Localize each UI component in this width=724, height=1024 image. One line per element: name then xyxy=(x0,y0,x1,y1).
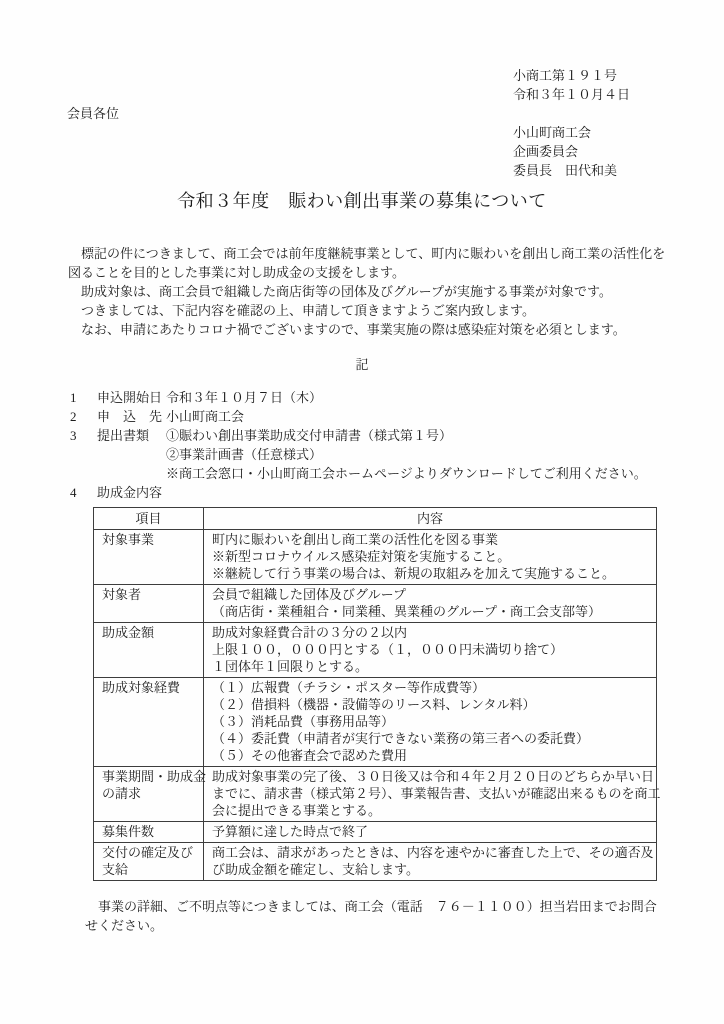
content-line: 上限１００，０００円とする（１，０００円未満切り捨て） xyxy=(212,641,654,658)
document-page: 小商工第１９１号 令和３年１０月４日 会員各位 小山町商工会 企画委員会 委員長… xyxy=(0,0,724,1024)
numbered-list: 1 申込開始日 令和３年１０月７日（木） 2 申 込 先 小山町商工会 3 提出… xyxy=(0,388,724,502)
item-line: 交付の確定及び xyxy=(102,844,201,861)
content-cell: 商工会は、請求があったときは、内容を速やかに審査した上で、その適否及 び助成金額… xyxy=(204,843,657,881)
content-line: （１）広報費（チラシ・ポスター等作成費等） xyxy=(212,679,654,696)
body-line: 標記の件につきまして、商工会では前年度継続事業として、町内に賑わいを創出し商工業… xyxy=(68,244,724,263)
list-item-value-line: 令和３年１０月７日（木） xyxy=(166,388,724,407)
sender-dept: 企画委員会 xyxy=(513,142,724,161)
list-item-value xyxy=(166,483,724,502)
list-item-value: 小山町商工会 xyxy=(166,407,724,426)
content-line: 会員で組織した団体及びグループ xyxy=(212,586,654,603)
sender-person: 委員長 田代和美 xyxy=(513,161,724,180)
closing-line: せください。 xyxy=(85,916,724,935)
list-item: 4 助成金内容 xyxy=(70,483,724,502)
body-paragraph: 標記の件につきまして、商工会では前年度継続事業として、町内に賑わいを創出し商工業… xyxy=(68,244,724,339)
item-line: の請求 xyxy=(102,785,201,802)
item-cell: 対象事業 xyxy=(94,530,204,585)
list-item-label: 助成金内容 xyxy=(97,483,166,502)
page-title: 令和３年度 賑わい創出事業の募集について xyxy=(0,188,724,214)
item-cell: 事業期間・助成金 の請求 xyxy=(94,767,204,822)
table-row: 対象事業 町内に賑わいを創出し商工業の活性化を図る事業 ※新型コロナウイルス感染… xyxy=(94,530,657,585)
content-line: 商工会は、請求があったときは、内容を速やかに審査した上で、その適否及 xyxy=(212,844,654,861)
content-line: （３）消耗品費（事務用品等） xyxy=(212,713,654,730)
table-row: 募集件数 予算額に達した時点で終了 xyxy=(94,822,657,843)
table-header-content: 内容 xyxy=(204,508,657,530)
recipient: 会員各位 xyxy=(67,104,724,123)
item-cell: 募集件数 xyxy=(94,822,204,843)
content-line: （５）その他審査会で認めた費用 xyxy=(212,747,654,764)
list-item: 1 申込開始日 令和３年１０月７日（木） xyxy=(70,388,724,407)
list-item-number: 2 xyxy=(70,407,97,426)
list-item: 2 申 込 先 小山町商工会 xyxy=(70,407,724,426)
doc-date: 令和３年１０月４日 xyxy=(513,85,724,104)
content-line: 助成対象事業の完了後、３０日後又は令和４年２月２０日のどちらか早い日 xyxy=(212,768,654,785)
record-mark: 記 xyxy=(0,355,724,374)
list-item-value-line: ②事業計画書（任意様式） xyxy=(166,445,724,464)
content-line: ※新型コロナウイルス感染症対策を実施すること。 xyxy=(212,548,654,565)
content-line: 町内に賑わいを創出し商工業の活性化を図る事業 xyxy=(212,531,654,548)
item-cell: 交付の確定及び 支給 xyxy=(94,843,204,881)
list-item-value-line: ①賑わい創出事業助成交付申請書（様式第１号） xyxy=(166,426,724,445)
content-cell: 助成対象経費合計の３分の２以内 上限１００，０００円とする（１，０００円未満切り… xyxy=(204,623,657,678)
item-cell: 助成対象経費 xyxy=(94,678,204,767)
doc-number: 小商工第１９１号 xyxy=(513,66,724,85)
item-line: 助成金額 xyxy=(102,624,201,641)
content-line: 助成対象経費合計の３分の２以内 xyxy=(212,624,654,641)
list-item-value: 令和３年１０月７日（木） xyxy=(166,388,724,407)
item-line: 事業期間・助成金 xyxy=(102,768,201,785)
list-item-number: 4 xyxy=(70,483,97,502)
table-row: 交付の確定及び 支給 商工会は、請求があったときは、内容を速やかに審査した上で、… xyxy=(94,843,657,881)
item-line: 支給 xyxy=(102,861,201,878)
content-cell: 予算額に達した時点で終了 xyxy=(204,822,657,843)
list-item-value-line: ※商工会窓口・小山町商工会ホームページよりダウンロードしてご利用ください。 xyxy=(166,464,724,483)
list-item-number: 1 xyxy=(70,388,97,407)
table-header-item: 項目 xyxy=(94,508,204,530)
body-line: なお、申請にあたりコロナ禍でございますので、事業実施の際は感染症対策を必須としま… xyxy=(68,320,724,339)
content-cell: （１）広報費（チラシ・ポスター等作成費等） （２）借損料（機器・設備等のリース料… xyxy=(204,678,657,767)
content-line: （２）借損料（機器・設備等のリース料、レンタル料） xyxy=(212,696,654,713)
content-cell: 町内に賑わいを創出し商工業の活性化を図る事業 ※新型コロナウイルス感染症対策を実… xyxy=(204,530,657,585)
content-line: ※継続して行う事業の場合は、新規の取組みを加えて実施すること。 xyxy=(212,565,654,582)
body-line: 図ることを目的とした事業に対し助成金の支援をします。 xyxy=(68,263,724,282)
sender-org: 小山町商工会 xyxy=(513,123,724,142)
content-line: 会に提出できる事業とする。 xyxy=(212,802,654,819)
table-row: 助成対象経費 （１）広報費（チラシ・ポスター等作成費等） （２）借損料（機器・設… xyxy=(94,678,657,767)
item-line: 対象事業 xyxy=(102,531,201,548)
item-line: 助成対象経費 xyxy=(102,679,201,696)
table-row: 助成金額 助成対象経費合計の３分の２以内 上限１００，０００円とする（１，０００… xyxy=(94,623,657,678)
list-item: 3 提出書類 ①賑わい創出事業助成交付申請書（様式第１号） ②事業計画書（任意様… xyxy=(70,426,724,483)
list-item-number: 3 xyxy=(70,426,97,483)
list-item-value-line: 小山町商工会 xyxy=(166,407,724,426)
content-line: （４）委託費（申請者が実行できない業務の第三者への委託費） xyxy=(212,730,654,747)
closing-line: 事業の詳細、ご不明点等につきましては、商工会（電話 ７６－１１００）担当岩田まで… xyxy=(85,897,724,916)
item-cell: 対象者 xyxy=(94,585,204,623)
item-cell: 助成金額 xyxy=(94,623,204,678)
closing-paragraph: 事業の詳細、ご不明点等につきましては、商工会（電話 ７６－１１００）担当岩田まで… xyxy=(85,897,724,935)
content-line: び助成金額を確定し、支給します。 xyxy=(212,861,654,878)
body-line: つきましては、下記内容を確認の上、申請して頂きますようご案内致します。 xyxy=(68,301,724,320)
content-line: （商店街・業種組合・同業種、異業種のグループ・商工会支部等） xyxy=(212,603,654,620)
list-item-value: ①賑わい創出事業助成交付申請書（様式第１号） ②事業計画書（任意様式） ※商工会… xyxy=(166,426,724,483)
content-line: 予算額に達した時点で終了 xyxy=(212,823,654,840)
item-line: 募集件数 xyxy=(102,823,201,840)
content-line: １団体年１回限りとする。 xyxy=(212,658,654,675)
list-item-label: 提出書類 xyxy=(97,426,166,483)
body-line: 助成対象は、商工会員で組織した商店街等の団体及びグループが実施する事業が対象です… xyxy=(68,282,724,301)
list-item-label: 申込開始日 xyxy=(97,388,166,407)
table-row: 対象者 会員で組織した団体及びグループ （商店街・業種組合・同業種、異業種のグル… xyxy=(94,585,657,623)
list-item-label: 申 込 先 xyxy=(97,407,166,426)
grant-table: 項目 内容 対象事業 町内に賑わいを創出し商工業の活性化を図る事業 ※新型コロナ… xyxy=(93,507,657,881)
content-cell: 会員で組織した団体及びグループ （商店街・業種組合・同業種、異業種のグループ・商… xyxy=(204,585,657,623)
content-line: までに、請求書（様式第２号）、事業報告書、支払いが確認出来るものを商工 xyxy=(212,785,654,802)
item-line: 対象者 xyxy=(102,586,201,603)
table-header-row: 項目 内容 xyxy=(94,508,657,530)
content-cell: 助成対象事業の完了後、３０日後又は令和４年２月２０日のどちらか早い日 までに、請… xyxy=(204,767,657,822)
table-row: 事業期間・助成金 の請求 助成対象事業の完了後、３０日後又は令和４年２月２０日の… xyxy=(94,767,657,822)
